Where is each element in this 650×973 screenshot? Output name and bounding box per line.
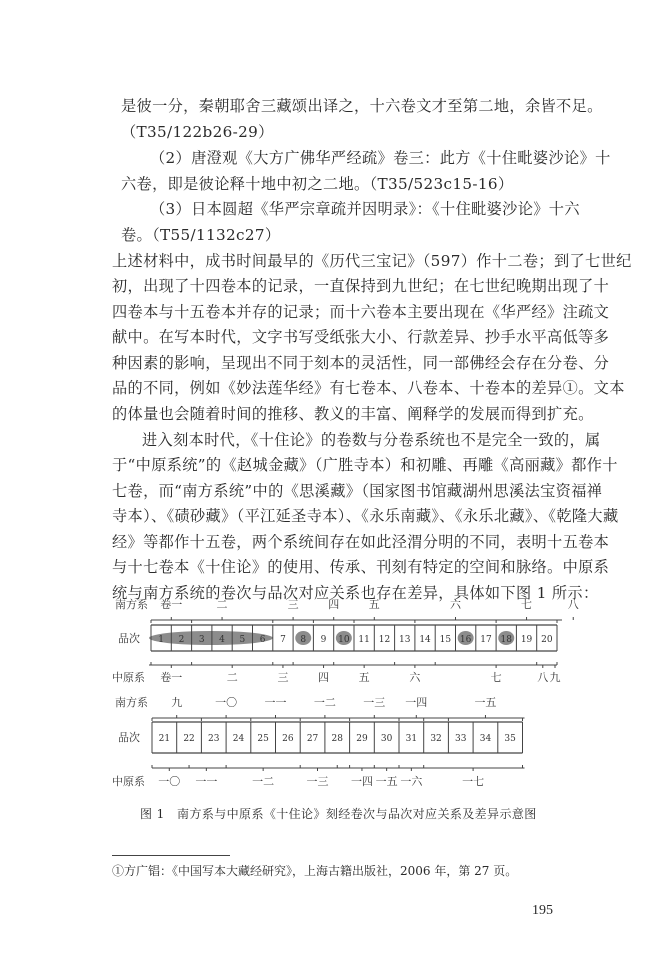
central-juan-label: 九 (550, 670, 561, 684)
south-juan-label: 三 (288, 598, 299, 611)
row-label-central: 中原系 (112, 774, 145, 788)
south-juan-label: 一二 (314, 696, 336, 709)
row-label-pin: 品次 (118, 730, 140, 744)
pin-number: 13 (399, 635, 411, 645)
central-juan-label: 七 (491, 670, 502, 684)
pin-number: 35 (504, 734, 516, 744)
south-juan-label: 二 (217, 598, 228, 611)
pin-number: 10 (338, 635, 350, 645)
pin-number: 22 (183, 734, 194, 744)
pin-number: 21 (159, 734, 170, 744)
south-juan-label: 一一 (265, 696, 287, 709)
south-juan-label: 八 (568, 598, 579, 611)
row-label-south: 南方系 (115, 695, 148, 709)
pin-number: 33 (455, 734, 467, 744)
footnote-divider (112, 855, 230, 856)
central-juan-label: 一四 (351, 775, 373, 788)
pin-number: 4 (219, 635, 225, 645)
pin-number: 34 (480, 734, 492, 744)
pin-number: 17 (480, 635, 492, 645)
south-juan-label: 卷一 (160, 598, 182, 611)
pin-number: 18 (501, 635, 513, 645)
pin-number: 11 (358, 635, 369, 645)
south-juan-label: 一〇 (215, 696, 237, 709)
pin-number: 15 (440, 635, 452, 645)
pin-number: 12 (379, 635, 390, 645)
pin-number: 2 (179, 635, 185, 645)
pin-number: 16 (460, 635, 472, 645)
central-juan-label: 一一 (195, 775, 217, 788)
south-juan-label: 六 (450, 598, 462, 611)
pin-number: 32 (430, 734, 441, 744)
central-juan-label: 一六 (400, 775, 423, 788)
row-label-south: 南方系 (115, 597, 148, 611)
central-juan-label: 六 (409, 671, 421, 684)
pin-number: 29 (356, 734, 368, 744)
central-juan-label: 一五 (376, 775, 398, 788)
row-label-pin: 品次 (118, 631, 140, 645)
pin-number: 28 (332, 734, 344, 744)
central-juan-label: 三 (277, 671, 288, 684)
pin-number: 25 (257, 734, 269, 744)
south-juan-label: 五 (369, 598, 380, 611)
central-juan-label: 八 (537, 671, 548, 684)
juan-pin-diagram: 南方系品次中原系1234567891011121314151617181920卷… (0, 0, 650, 973)
pin-number: 8 (300, 635, 306, 645)
south-juan-label: 七 (521, 597, 532, 611)
row-label-central: 中原系 (112, 670, 145, 684)
pin-number: 5 (239, 635, 245, 645)
central-juan-label: 一二 (252, 775, 274, 788)
pin-number: 3 (199, 635, 205, 645)
pin-number: 7 (280, 635, 286, 645)
pin-number: 31 (406, 734, 417, 744)
pin-number: 23 (208, 734, 220, 744)
figure-caption: 图 1 南方系与中原系《十住论》刻经卷次与品次对应关系及差异示意图 (140, 805, 537, 822)
central-juan-label: 卷一 (160, 671, 182, 684)
merged-highlight (149, 631, 273, 645)
pin-number: 6 (260, 635, 266, 645)
pin-number: 20 (541, 635, 553, 645)
south-juan-label: 九 (171, 695, 182, 709)
pin-number: 24 (233, 734, 245, 744)
pin-number: 26 (282, 734, 294, 744)
south-juan-label: 一四 (405, 696, 427, 709)
footnote: ①方广锠：《中国写本大藏经研究》，上海古籍出版社，2006 年，第 27 页。 (112, 862, 517, 879)
central-juan-label: 一〇 (158, 775, 180, 788)
central-juan-label: 四 (318, 671, 329, 684)
south-juan-label: 四 (328, 598, 339, 611)
central-juan-label: 一三 (306, 775, 328, 788)
pin-number: 19 (521, 635, 533, 645)
central-juan-label: 五 (359, 671, 370, 684)
pin-number: 14 (419, 635, 431, 645)
pin-number: 9 (321, 635, 327, 645)
south-juan-label: 一五 (474, 696, 496, 709)
pin-number: 30 (381, 734, 393, 744)
page-number: 195 (532, 903, 553, 919)
pin-number: 1 (158, 635, 164, 645)
pin-number: 27 (307, 734, 319, 744)
central-juan-label: 二 (227, 671, 238, 684)
south-juan-label: 一三 (363, 696, 385, 709)
central-juan-label: 一七 (462, 774, 484, 788)
